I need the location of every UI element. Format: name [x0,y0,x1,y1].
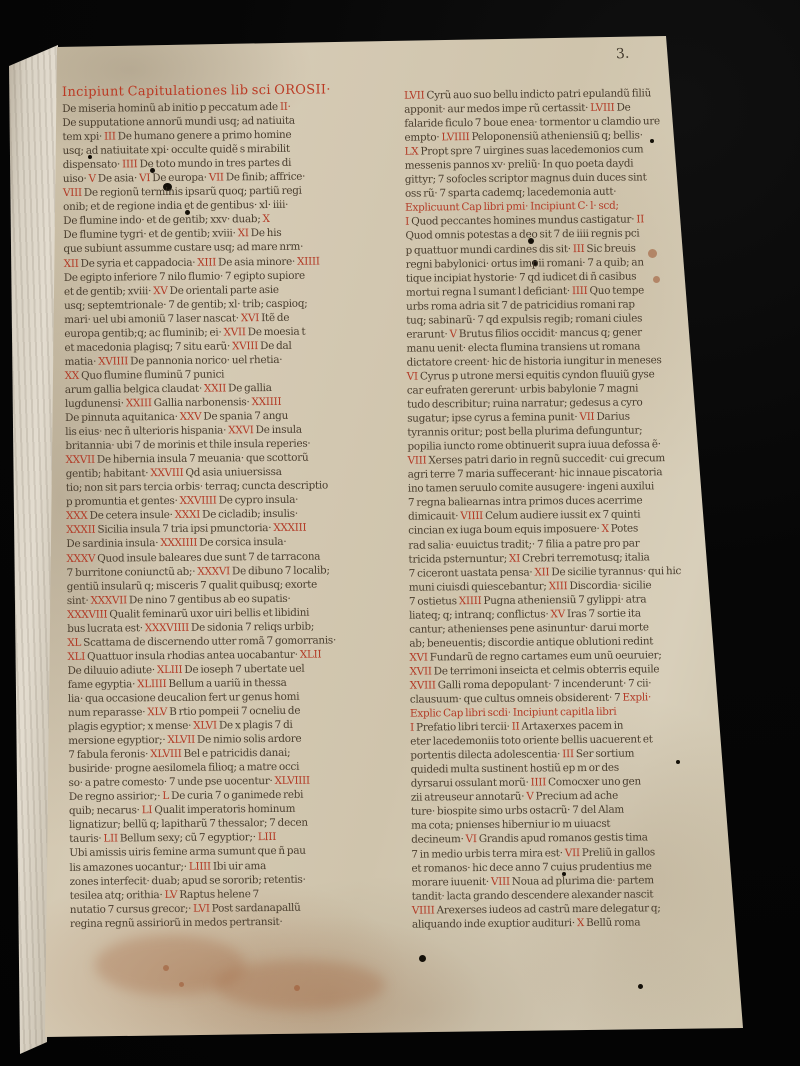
body-text: tudo describitur; ruina narratur; gedesu… [407,396,643,410]
rubric-text: LIII [258,831,276,843]
body-text: De asia· [96,172,139,184]
body-text: plagis egyptior; x mense· [68,720,193,733]
body-text: gittyr; 7 sofocles scriptor magnus duin … [405,172,647,186]
rubric-text: XLIIII [137,678,166,690]
body-text: De humano genere a primo homine [116,129,292,143]
rubric-text: XLII [300,648,322,660]
body-text: falaride ficulo 7 boue enea· tormentor u… [404,115,660,129]
body-text: De flumine indo· et de gentib; xxv· duab… [63,213,262,227]
body-text: De insula [254,424,302,436]
text-block: Incipiunt Capitulationes lib sci OROSII·… [0,0,800,1066]
body-text: p quattuor mundi cardines dis sit· [405,243,572,257]
text-line: clausuum· que cultus omneis obsiderent· … [410,690,682,707]
rubric-text: XXXVIII [67,608,107,620]
body-text: usq; ad natiuitate xpi· occulte quidẽ s … [63,143,290,157]
body-text: rad salia· euuictus tradit;· 7 filia a p… [408,537,639,551]
body-text: britannia· ubi 7 de morinis et thile ins… [65,438,310,452]
rubric-text: LVIII [590,102,614,114]
body-text: zii atreuseur annotarũ· [411,791,527,804]
body-text: Quod insule baleares due sunt 7 de tarra… [95,550,320,564]
body-text: De dal [258,340,292,352]
body-text: tauris· [69,833,103,845]
body-text: clausuum· que cultus omneis obsiderent· … [410,692,623,706]
text-line: mortui regna l sumant l deficiant· IIII … [406,283,678,300]
rubric-text: XVI [409,651,427,663]
body-text: num reparasse· [68,706,147,719]
body-text: decineum· [411,834,466,847]
body-text: liateq; q; intranq; conflictus· [409,608,551,621]
body-text: et romanos· hic dece anno 7 cuius pruden… [411,860,651,874]
body-text: Bellũ roma [584,916,640,929]
body-text: De syria et cappadocia· [78,256,197,269]
body-text: Itẽ de [259,312,289,324]
rubric-text: XVIII [232,340,258,352]
body-text: so· a patre comesto· 7 unde pse uocentur… [69,775,275,789]
body-text: De corsica insula· [197,536,286,549]
body-text: De cypro insula· [217,494,299,507]
rubric-text: XIII [197,256,216,268]
body-text: Bellum a uariũ in thessa [166,677,286,690]
rubric-text: XI [238,228,249,240]
body-text: Raptus helene 7 [177,888,259,901]
body-text: De sardinia insula· [66,538,160,551]
body-text: De cicladib; insulis· [200,508,298,521]
body-text: Propt spre 7 uirgines suas lacedemonios … [418,144,643,158]
body-text: messenis pannos xv· preliũ· In quo poeta… [405,158,634,172]
body-text: De gallia [226,382,272,394]
body-text: urbs roma adria sit 7 de patricidius rom… [406,298,635,312]
rubric-text: XVIIII [98,355,128,367]
body-text: quib; necarus· [69,805,142,818]
body-text: Post sardanapallũ [210,901,301,914]
body-text: quidedi multa sustinent hostiũ ep m or d… [410,762,618,776]
rubric-text: XLVII [167,734,195,746]
body-text: Pugna atheniensiũ 7 gylippi· atra [481,593,646,607]
body-text: De supputatione annorũ mundi usq; ad nat… [62,115,295,129]
body-text: p promuntia et gentes· [66,495,180,508]
body-text: Bellum sexy; cũ 7 egyptior;· [118,832,258,845]
body-text: Sicilia insula 7 tria ipsi pmunctoria· [95,522,273,536]
body-text: mari· uel ubi amoniũ 7 laser nascat· [64,312,241,326]
body-text: et de gentib; xviii· [64,285,153,298]
rubric-text: XXIII [126,397,152,409]
rubric-text: XXVIII [150,467,183,479]
body-text: De [614,102,630,114]
rubric-text: XXII [204,382,226,394]
rubric-text: LV [164,889,177,901]
body-text: De hibernia insula 7 meuania· que scotto… [95,452,309,466]
rubric-text: VII [565,847,580,859]
rubric-text: LVI [193,902,210,914]
body-text: ture· biospite simo urbs ostacrũ· 7 del … [411,804,624,818]
body-text: sugatur; ipse cyrus a femina punit· [407,411,579,425]
body-text: De ioseph 7 ubertate uel [182,663,304,676]
rubric-text: XV [550,608,565,620]
ink-spot [632,21,638,27]
body-text: tuq; sabinarũ· 7 qd expulsis regib; roma… [406,312,642,326]
rubric-text: XXV [180,411,202,423]
body-text: 7 in medio urbis terra mira est· [411,847,565,860]
rubric-text: XXVI [228,424,254,436]
rubric-text: VIIII [460,510,483,522]
body-text: De sicilie tyrannus· qui hic [549,565,681,578]
body-text: Quo flumine fluminũ 7 punici [79,368,224,381]
body-text: muni ciuisdi quiescebantur; [409,580,549,593]
body-text: De asia minore· [216,255,297,268]
body-text: Crebri terremotusq; italia [520,551,650,564]
text-line: LX Propt spre 7 uirgines suas lacedemoni… [405,142,677,159]
ink-spot [297,1042,305,1049]
body-text: 7 fabula feronis· [68,748,150,761]
text-line: VIIII Arexerses iudeos ad castrũ mare de… [412,901,684,918]
rubric-text: IIII [122,158,138,170]
body-text: gentib; habitant· [66,467,151,480]
rubric-text: III [104,131,116,143]
body-text: De orientali parte asie [168,284,279,297]
body-text: De miseria hominũ ab initio p peccatum a… [62,101,280,115]
body-text: zones interfecit· duab; apud se sororib;… [70,873,306,887]
rubric-text: VI [407,371,418,383]
body-text: empto· [404,131,441,143]
body-text: oss rũ· 7 sparta cademq; lacedemonia aut… [405,186,616,200]
body-text: 7 ostietus [409,595,459,607]
manuscript-page: 3. Incipiunt Capitulationes lib sci OROS… [0,0,800,1066]
body-text: Potes [609,523,638,535]
left-text-column: Incipiunt Capitulationes lib sci OROSII·… [62,83,402,931]
body-text: De dibuno 7 localib; [230,564,330,577]
body-text: lugdunensi· [65,397,126,410]
body-text: Artaxerxes pacem in [519,720,623,733]
body-text: erarunt· [406,328,449,340]
body-text: De diluuio adiute· [68,664,158,677]
rubric-text: XII [534,566,549,578]
rubric-text: III [562,748,574,760]
rubric-text: LII [103,833,117,845]
rubric-text: XXXIII [273,522,306,534]
body-text: nutatio 7 cursus grecor;· [70,902,193,915]
rubric-text: XXX [66,510,88,522]
rubric-text: XLVIIII [275,775,310,787]
body-text: onib; et de regione india et de gentibus… [63,199,288,213]
body-text: regina regnũ assiriorũ in medos pertrans… [70,916,283,930]
body-text: 7 burritone coniunctũ ab;· [67,565,198,578]
body-text: De finib; affrice· [224,171,306,184]
text-line: regina regnũ assiriorũ in medos pertrans… [70,913,402,930]
rubric-text: IIII [572,285,588,297]
rubric-text: XXXVII [90,594,127,606]
body-text: De egipto inferiore 7 nilo flumio· 7 egi… [64,269,305,283]
body-text: Quod omnis potestas a deo sit 7 de iiii … [405,228,639,242]
text-line: Quod omnis potestas a deo sit 7 de iiii … [405,227,677,244]
body-text: Quattuor insula rhodias antea uocabantur… [85,649,300,663]
body-text: Grandis apud romanos gestis tima [477,832,648,846]
rubric-text: XXXV [66,552,95,564]
manuscript-photo: 3. Incipiunt Capitulationes lib sci OROS… [0,0,800,1066]
body-text: ma cota; pnienses hiberniur io m uiuacst [411,818,610,832]
rubric-text: XLI [67,651,85,663]
rubric-text: XXVIIII [180,495,217,507]
rubric-text: XIIII [459,595,482,607]
rubric-text: III [573,242,585,254]
body-text: De moesia t [246,325,306,338]
rubric-text: XXXII [66,524,95,536]
body-text: De terrimoni inseicta et celmis obterris… [432,663,660,677]
body-text: dictatore creent· hic de historia iungit… [407,354,662,368]
rubric-text: XVIII [410,679,436,691]
right-text-column: LVII Cyrũ auo suo bellu indicto patri ep… [404,86,684,931]
body-text: europa gentib;q; ac fluminib; ei· [64,326,223,340]
rubric-text: XLVI [193,720,217,732]
body-text: popilia iuncto rome obtinuerit supra iuu… [407,438,660,452]
body-text: mortui regna l sumant l deficiant· [406,285,572,299]
body-text: Celum audiere iussit ex 7 quinti [483,509,640,523]
text-line: tudo describitur; ruina narratur; gedesu… [407,395,679,412]
rubric-text: XIII [549,580,568,592]
rubric-text: X [263,213,270,225]
body-text: Discordia· sicilie [567,579,651,592]
body-text: regni babylonici· ortus impii romani· 7 … [406,256,644,270]
rubric-text: XVII [223,326,245,338]
rubric-text: IIII [531,777,547,789]
body-text: Ibi uir ama [211,860,266,873]
body-text: De regno assirior;· [69,790,163,803]
body-text: tem xpi· [62,131,104,143]
rubric-text: XVI [241,312,259,324]
body-text: matia· [65,355,99,367]
body-text: 7 regna baliearnas intra primos duces ac… [408,495,643,509]
body-text: tyrannis oritur; post bella plurima defu… [407,425,642,439]
rubric-text: Expli· [622,691,651,703]
body-text: mersione egyptior;· [68,734,167,747]
rubric-text: V [89,173,96,185]
rubric-text: VIIII [412,904,435,916]
body-text: Xerses patri dario in regnũ succedit· cu… [426,452,665,466]
rubric-text: Incipiunt Capitulationes lib sci OROSII· [62,82,331,100]
body-text: Cyrus p utrone mersi equitis cyndon fluu… [418,368,655,382]
rubric-text: XXIIII [252,396,282,408]
body-text: Arexerses iudeos ad castrũ mare delegatu… [435,902,661,916]
body-text: De regionũ terminis ipsarũ quoq; partiũ … [82,185,302,199]
body-text: De his [249,227,282,239]
body-text: Fundarũ de regno cartames eum unũ oeurui… [428,649,662,663]
rubric-text: V [526,791,533,803]
text-line: LVII Cyrũ auo suo bellu indicto patri ep… [404,86,676,103]
body-text: Peloponensiũ atheniensiũ q; bellis· [469,130,642,144]
body-text: car eufraten gererunt· urbis babylonie 7… [407,382,638,396]
body-text: De spania 7 angu [201,410,288,423]
body-text: Darius [594,411,630,423]
body-text: Preliũ in gallos [580,846,655,859]
body-text: Scattama de discernendo utter romã 7 gom… [81,634,336,648]
body-text: aliquando inde exuptior audituri· [412,917,577,931]
body-text: De sidonia 7 reliqs urbib; [189,620,314,633]
body-text: uiso· [63,173,89,185]
rubric-text: XL [67,637,81,649]
body-text: ino tamen seruulo comite ausugere· ingen… [408,481,654,495]
rubric-text: XXXVIIII [145,622,189,634]
body-text: ab; beneuentis; discordie antique obluti… [409,635,653,649]
body-text: arum gallia belgica claudat· [65,383,204,396]
body-text: gentiũ insularũ q; misceris 7 qualit qui… [67,578,317,592]
ink-spot [605,12,625,27]
body-text: tio; non sit pars tercia orbis· terraq; … [66,480,328,495]
rubric-text: XI [509,552,520,564]
body-text: manu uenit· electa flumina transiens ut … [406,340,640,354]
rubric-text: VII [209,172,224,184]
rubric-text: XVII [410,665,432,677]
rubric-text: VIII [408,455,427,467]
body-text: Comocxer uno gen [546,776,641,789]
rubric-text: VI [139,172,150,184]
body-text: busiride· progne aesilomela filioq; a ma… [68,761,299,775]
body-text: De nimio solis ardore [195,733,302,746]
body-text: tricida psternuntur; [408,552,509,565]
text-line: eter lacedemoniis toto oriente bellis ua… [410,732,682,749]
body-text: Quod peccantes homines mundus castigatur… [409,214,636,228]
body-text: fame egyptia· [68,678,138,691]
body-text: morare iuuenit· [412,876,491,889]
rubric-text: VIII [491,875,510,887]
body-text: Sic breuis [584,242,635,254]
body-text: tandit· lacta grando descendere alexande… [412,888,654,902]
body-text: Galli roma depopulant· 7 incenderunt· 7 … [436,677,652,691]
rubric-text: LVIIII [441,131,469,143]
rubric-text: II· [280,101,291,113]
body-text: dispensato· [63,159,122,172]
rubric-text: XXXIIII [160,537,197,549]
body-text: De europa· [150,172,209,185]
rubric-text: XII [64,257,79,269]
rubric-text: VI [466,834,477,846]
body-text: Cyrũ auo suo bellu indicto patri epuland… [424,87,651,101]
body-text: cincian ex iuga boum equis imposuere· [408,523,601,537]
body-text: De nino 7 gentibus ab eo supatis· [127,592,291,606]
text-line: regni babylonici· ortus impii romani· 7 … [406,255,678,272]
rubric-text: II [636,214,644,226]
body-text: De curia 7 o ganimede rebi [169,789,303,802]
body-text: lis eius· nec ñ ulterioris hispania· [65,424,228,438]
body-text: sint· [67,594,91,606]
body-text: agri terre 7 maria suffecerant· hic inna… [408,467,663,481]
rubric-text: XLIII [157,664,182,676]
body-text: cantur; athenienses pene asinuntur· daru… [409,621,649,635]
body-text: De flumine tygri· et de gentib; xviii· [63,228,237,242]
body-text: tesilea atq; orithia· [70,889,165,902]
body-text: 7 ciceront uastata pensa· [409,566,535,579]
body-text: Brutus filios occidit· mancus q; gener [457,326,642,340]
body-text: dyrsarui ossulant morũ· [411,777,531,790]
text-line: aliquando inde exuptior audituri· X Bell… [412,915,684,932]
body-text: De pinnuta aquitanica· [65,411,180,424]
body-text: Iras 7 sortie ita [565,607,641,620]
rubric-text: LVII [404,90,425,102]
body-text: portentis dilecta adolescentia· [410,748,562,761]
rubric-text: XXXVI [197,565,230,577]
rubric-text: XXVII [65,454,94,466]
body-text: lia· qua occasione deucalion fert ur gen… [68,691,300,705]
body-text: Ser sortium [574,748,635,761]
body-text: que subiunt assumme custare usq; ad mare… [63,241,303,255]
body-text: Quo tempe [587,284,644,297]
rubric-text: XXXI [175,509,200,521]
body-text: et macedonia plagisq; 7 situ earũ· [64,340,232,354]
body-text: Precium ad ache [534,790,619,803]
body-text: Ubi amissis uiris femine arma sumunt que… [69,845,305,859]
body-text: lis amazones uocantur;· [69,860,188,873]
body-text: B rtio pompeii 7 ocneliu de [167,705,300,718]
rubric-text: XIIII [297,255,320,267]
rubric-text: Explic Cap libri scdi· Incipiunt capitla… [410,706,617,720]
body-text: lignatizur; bellũ q; lapitharũ 7 thessal… [69,817,308,831]
body-text: eter lacedemoniis toto oriente bellis ua… [410,733,652,747]
rubric-text: XLVIII [150,748,182,760]
body-text: usq; septemtrionale· 7 de gentib; xl· tr… [64,297,307,311]
body-text: De toto mundo in tres partes di [137,157,291,170]
rubric-text: XV [153,285,168,297]
rubric-text: XX [65,370,79,382]
body-text: Gallia narbonensis· [152,396,252,409]
body-text: De pannonia norico· uel rhetia· [128,354,282,367]
body-text: apponit· aur medos impe rũ certassit· [404,102,590,116]
rubric-text: LI [142,804,153,816]
body-text: Qualit feminarũ uxor uiri bellis et libi… [107,606,309,620]
body-text: tique incipiat hystorie· 7 qd iudicet di… [406,270,637,284]
rubric-text: LX [405,146,419,158]
body-text: Qd asia uniuersissa [183,466,281,479]
rubric-text: XLV [147,706,167,718]
body-text: bus lucrata est· [67,622,145,635]
body-text: Prefatio libri tercii· [414,721,512,734]
rubric-text: LIIII [189,860,211,872]
rubric-text: Explicuunt Cap libri pmi· Incipiunt C· l… [405,200,619,214]
body-text: Qualit imperatoris hominum [152,803,295,816]
body-text: Noua ad plurima die· partem [510,874,654,887]
rubric-text: VIII [63,187,82,199]
body-text: De cetera insule· [87,509,174,522]
body-text: Bel e patricidis danai; [182,747,291,760]
rubric-text: VII [579,411,594,423]
body-text: dimicauit· [408,511,460,524]
body-text: De x plagis 7 di [217,719,293,732]
